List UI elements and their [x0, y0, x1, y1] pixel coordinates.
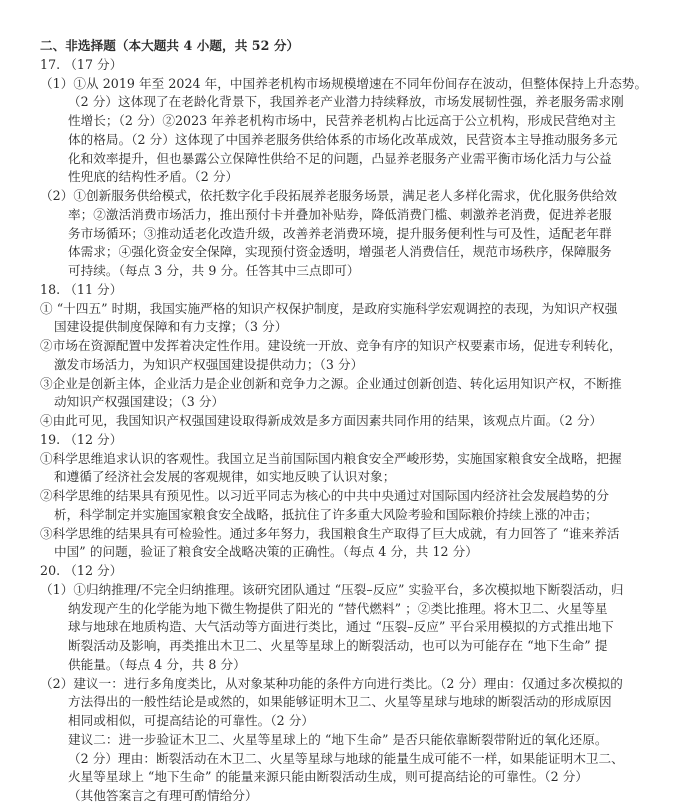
answer-line: （2）①创新服务供给模式，依托数字化手段拓展养老服务场景，满足老人多样化需求，优…	[40, 187, 650, 206]
answer-line: 方法得出的一般性结论是或然的，如果能够证明木卫二、火星等星球与地球的断裂活动的形…	[40, 693, 650, 712]
question-header: 18. （11 分）	[40, 281, 650, 300]
answer-line: 化和效率提升，但也暴露公立保障性供给不足的问题，凸显养老服务产业需平衡市场化活力…	[40, 150, 650, 169]
answer-line: 纳发现产生的化学能为地下微生物提供了阳光的 “替代燃料” ；②类比推理。将木卫二…	[40, 600, 650, 619]
answer-line: 国建设提供制度保障和有力支撑；（3 分）	[40, 318, 650, 337]
question-block: 20. （12 分）（1）①归纳推理/不完全归纳推理。该研究团队通过 “压裂–反…	[40, 562, 650, 806]
answer-line: 可持续。（每点 3 分，共 9 分。任答其中三点即可）	[40, 262, 650, 281]
answer-line: （2）建议一：进行多角度类比，从对象某种功能的条件方向进行类比。（2 分）理由：…	[40, 675, 650, 694]
answer-line: 析，科学制定并实施国家粮食安全战略，抵抗住了许多重大风险考验和国际粮价持续上涨的…	[40, 506, 650, 525]
answer-line: 率；②激活消费市场活力，推出预付卡并叠加补贴券，降低消费门槛、刺激养老消费，促进…	[40, 206, 650, 225]
answer-line: 球与地球在地质构造、大气活动等方面进行类比，通过 “压裂–反应” 平台采用模拟的…	[40, 618, 650, 637]
answer-line: ②科学思维的结果具有预见性。以习近平同志为核心的中共中央通过对国际国内经济社会发…	[40, 487, 650, 506]
answer-line: 激发市场活力，为知识产权强国建设提供动力；（3 分）	[40, 356, 650, 375]
answer-line: ②市场在资源配置中发挥着决定性作用。建设统一开放、竞争有序的知识产权要素市场，促…	[40, 337, 650, 356]
answer-line: 断裂活动及影响，再类推出木卫二、火星等星球上的断裂活动，也可以为可能存在 “地下…	[40, 637, 650, 656]
answer-line: 动知识产权强国建设；（3 分）	[40, 393, 650, 412]
answer-line: ③科学思维的结果具有可检验性。通过多年努力，我国粮食生产取得了巨大成就，有力回答…	[40, 525, 650, 544]
answer-line: 务市场循环；③推动适老化改造升级，改善养老消费环境，提升服务便利性与可及性，适配…	[40, 225, 650, 244]
answer-line: ①科学思维追求认识的客观性。我国立足当前国际国内粮食安全严峻形势，实施国家粮食安…	[40, 450, 650, 469]
answer-line: （1）①归纳推理/不完全归纳推理。该研究团队通过 “压裂–反应” 实验平台，多次…	[40, 581, 650, 600]
answer-line: 和遵循了经济社会发展的客观规律，如实地反映了认识对象；	[40, 468, 650, 487]
question-header: 19. （12 分）	[40, 431, 650, 450]
question-block: 18. （11 分）① “十四五” 时期，我国实施严格的知识产权保护制度，是政府…	[40, 281, 650, 431]
answer-line: ④由此可见，我国知识产权强国建设取得新成效是多方面因素共同作用的结果，该观点片面…	[40, 412, 650, 431]
questions-container: 17. （17 分）（1）①从 2019 年至 2024 年，中国养老机构市场规…	[40, 56, 650, 806]
answer-line: 性兜底的结构性矛盾。（2 分）	[40, 168, 650, 187]
answer-line: 相同或相似，可提高结论的可靠性。（2 分）	[40, 712, 650, 731]
section-title: 二、非选择题（本大题共 4 小题，共 52 分）	[40, 37, 650, 56]
answer-line: 火星等星球上 “地下生命” 的能量来源只能由断裂活动生成，则可提高结论的可靠性。…	[40, 768, 650, 787]
answer-line: ① “十四五” 时期，我国实施严格的知识产权保护制度，是政府实施科学宏观调控的表…	[40, 300, 650, 319]
answer-line: 体的格局。（2 分）这体现了中国养老服务供给体系的市场化改革成效，民营资本主导推…	[40, 131, 650, 150]
answer-line: （2 分）这体现了在老龄化背景下，我国养老产业潜力持续释放，市场发展韧性强，养老…	[40, 93, 650, 112]
answer-key-page: 二、非选择题（本大题共 4 小题，共 52 分） 17. （17 分）（1）①从…	[40, 37, 650, 806]
answer-line: 供能量。（每点 4 分，共 8 分）	[40, 656, 650, 675]
answer-line: 中国” 的问题，验证了粮食安全战略决策的正确性。（每点 4 分，共 12 分）	[40, 543, 650, 562]
answer-line: 性增长；（2 分）②2023 年养老机构市场中，民营养老机构占比远高于公立机构，…	[40, 112, 650, 131]
answer-line: （其他答案言之有理可酌情给分）	[40, 787, 650, 806]
answer-line: （1）①从 2019 年至 2024 年，中国养老机构市场规模增速在不同年份间存…	[40, 75, 650, 94]
answer-line: （2 分）理由：断裂活动在木卫二、火星等星球与地球的能量生成可能不一样，如果能证…	[40, 750, 650, 769]
answer-line: 体需求；④强化资金安全保障，实现预付资金透明，增强老人消费信任，规范市场秩序，保…	[40, 243, 650, 262]
answer-line: 建议二：进一步验证木卫二、火星等星球上的 “地下生命” 是否只能依靠断裂带附近的…	[40, 731, 650, 750]
answer-line: ③企业是创新主体，企业活力是企业创新和竞争力之源。企业通过创新创造、转化运用知识…	[40, 375, 650, 394]
question-block: 19. （12 分）①科学思维追求认识的客观性。我国立足当前国际国内粮食安全严峻…	[40, 431, 650, 562]
question-block: 17. （17 分）（1）①从 2019 年至 2024 年，中国养老机构市场规…	[40, 56, 650, 281]
question-header: 17. （17 分）	[40, 56, 650, 75]
question-header: 20. （12 分）	[40, 562, 650, 581]
